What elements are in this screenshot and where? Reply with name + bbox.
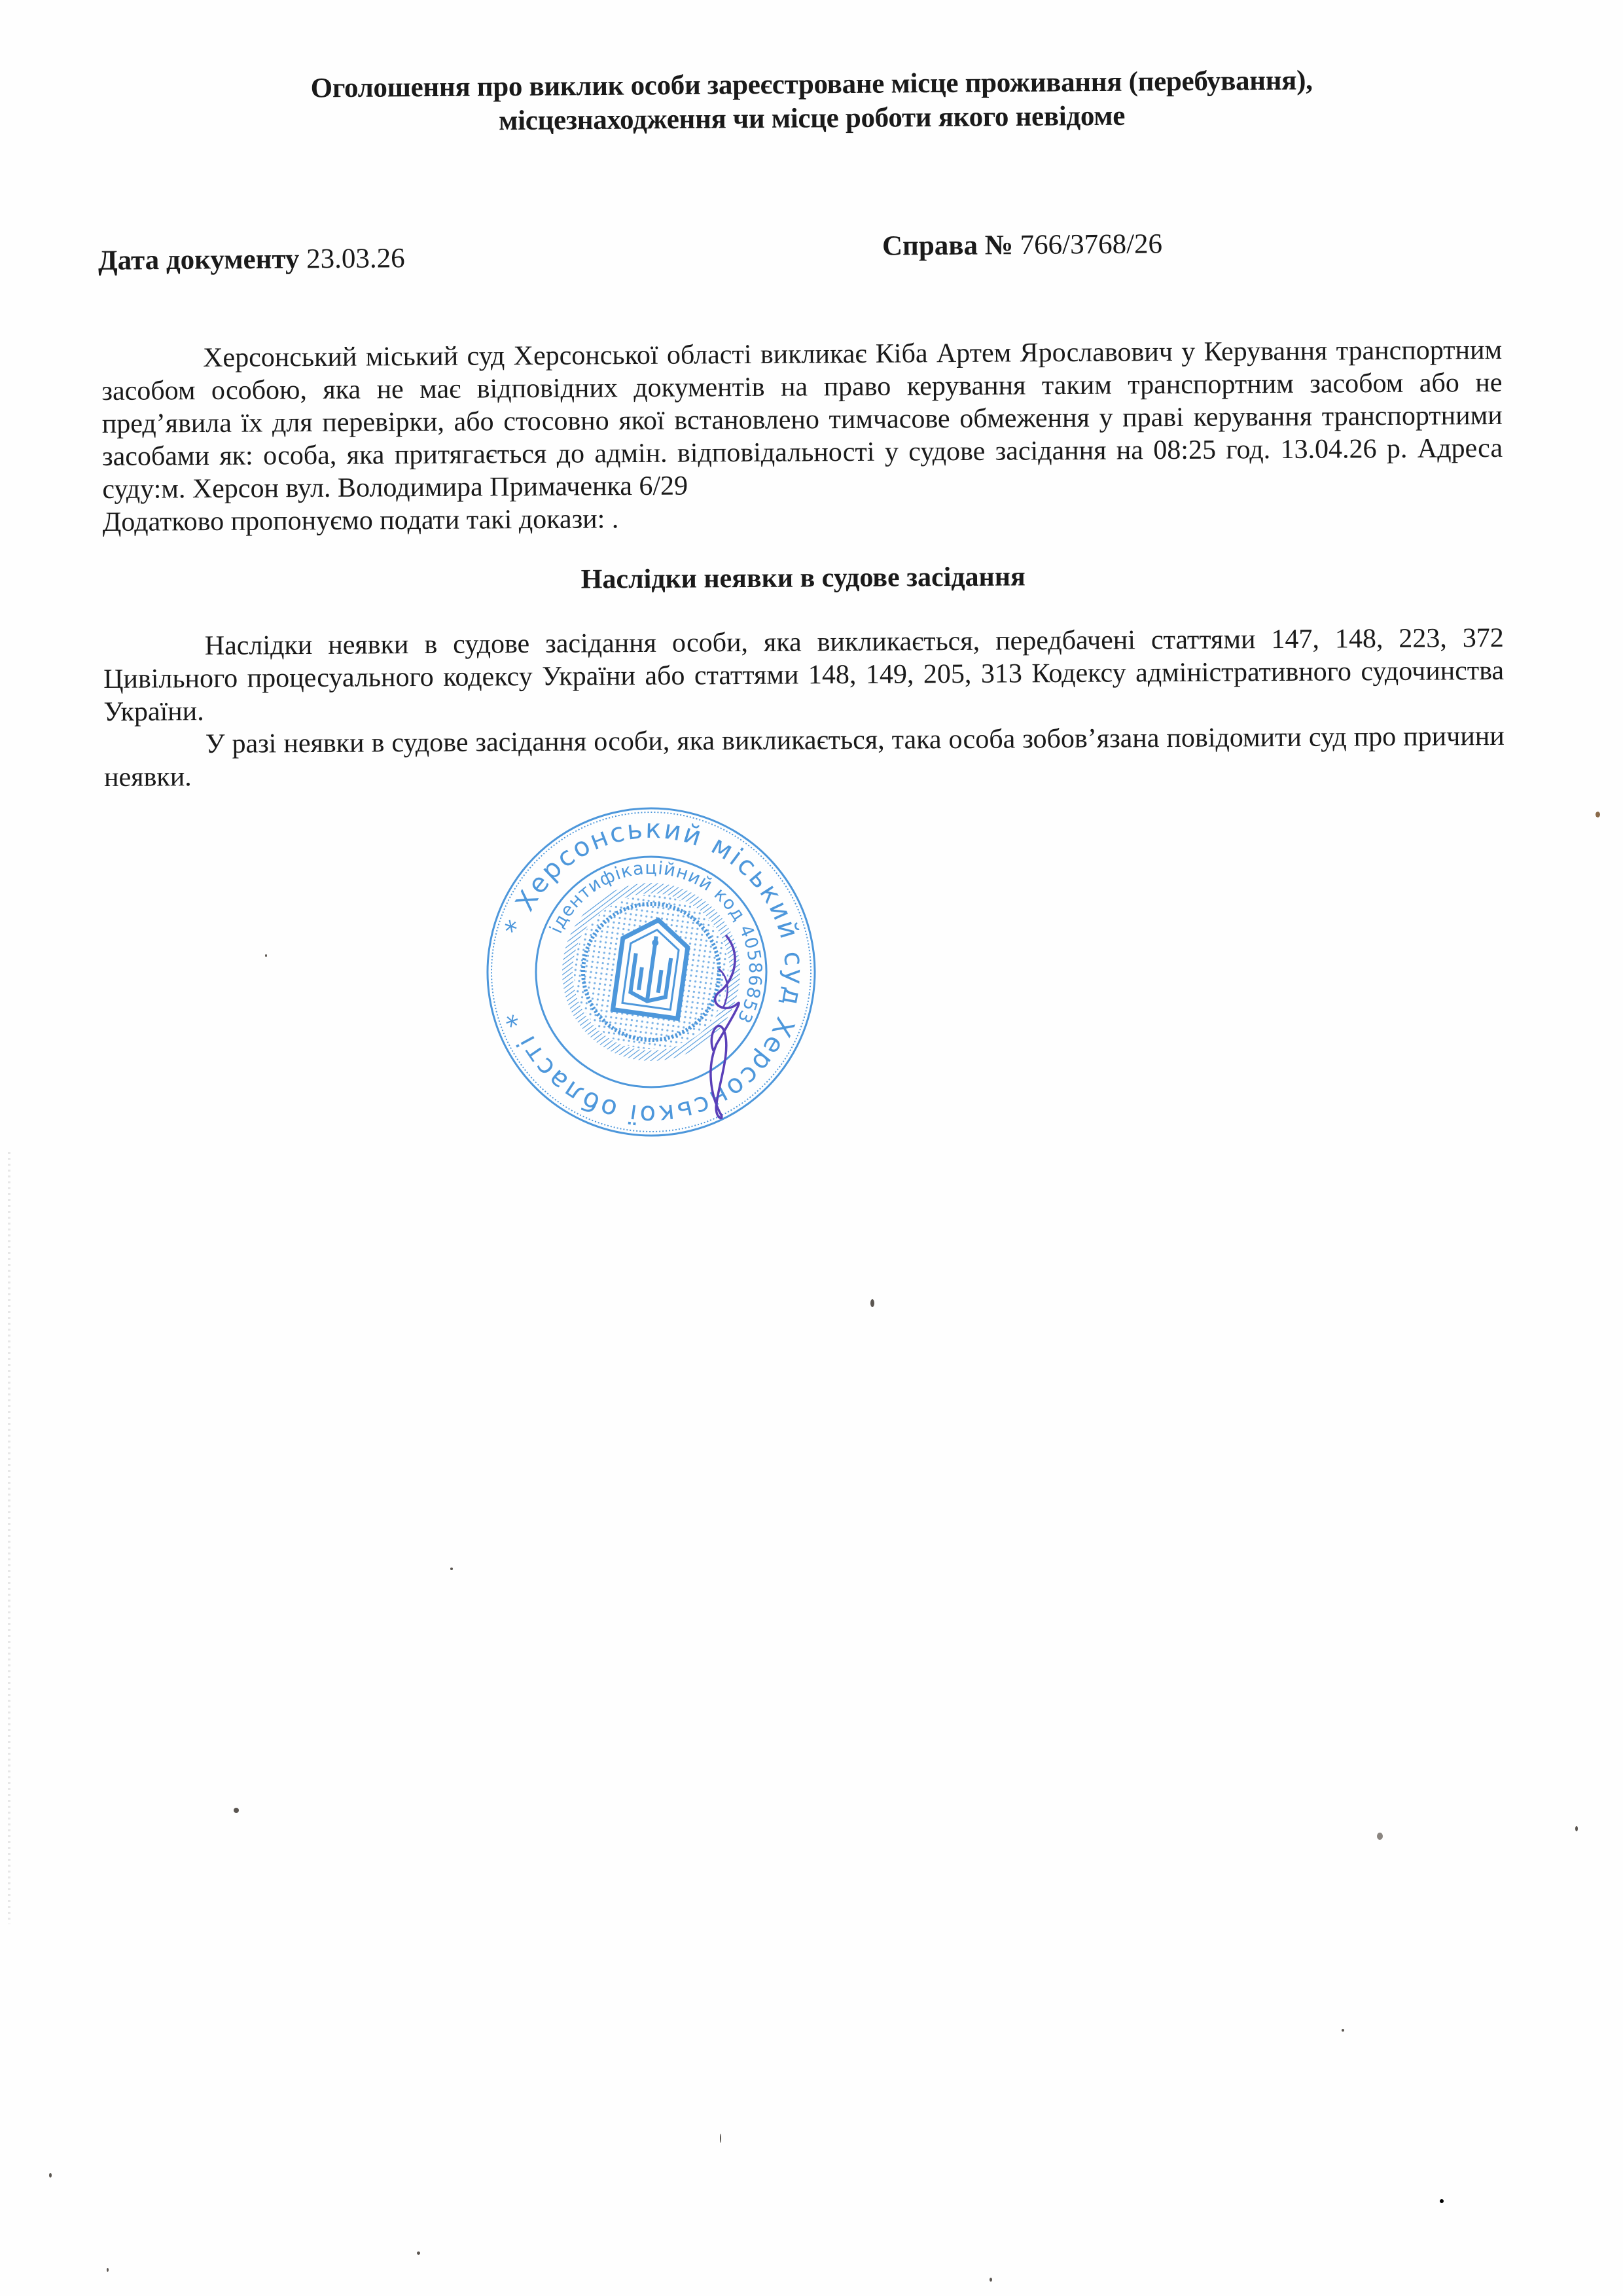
document-page: Оголошення про виклик особи зареєстрован… (0, 0, 1623, 2296)
scan-speck (720, 2134, 721, 2143)
date-value: 23.03.26 (306, 243, 405, 274)
scan-speck (417, 2251, 420, 2255)
scan-speck (1377, 1833, 1383, 1840)
scan-speck (234, 1808, 239, 1813)
scan-speck (1575, 1826, 1578, 1831)
scan-speck (49, 2173, 52, 2178)
document-body: Херсонський міський суд Херсонської обла… (101, 334, 1505, 794)
court-stamp-icon: * Херсонський міський суд Херсонської об… (463, 783, 840, 1160)
document-date: Дата документу 23.03.26 (98, 242, 405, 277)
consequences-paragraph-1: Наслідки неявки в судове засідання особи… (103, 622, 1505, 728)
document-title: Оголошення про виклик особи зареєстрован… (98, 62, 1525, 141)
consequences-paragraph-2: У разі неявки в судове засідання особи, … (104, 720, 1505, 794)
date-label: Дата документу (98, 243, 300, 276)
scan-speck (265, 954, 267, 957)
scan-speck (870, 1299, 874, 1307)
signature-icon (681, 929, 759, 1126)
summons-paragraph: Херсонський міський суд Херсонської обла… (101, 334, 1503, 506)
scan-speck (1596, 812, 1600, 817)
scan-speck (450, 1568, 453, 1570)
scan-speck (107, 2268, 109, 2272)
scan-speck (1440, 2199, 1444, 2203)
document-meta: Дата документу 23.03.26 Справа № 766/376… (98, 233, 1525, 272)
scan-speck (990, 2278, 992, 2282)
case-label: Справа № (882, 230, 1013, 262)
case-value: 766/3768/26 (1020, 228, 1163, 260)
consequences-heading: Наслідки неявки в судове засідання (103, 558, 1503, 599)
case-number: Справа № 766/3768/26 (882, 228, 1162, 262)
scan-edge-artifact (8, 1152, 10, 1924)
scan-speck (1342, 2029, 1344, 2032)
